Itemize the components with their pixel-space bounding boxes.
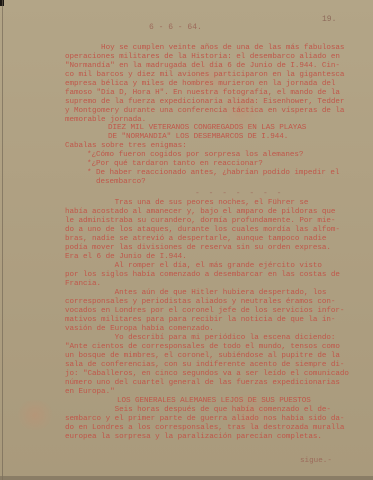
- continuation-note: sigue.-: [300, 457, 332, 465]
- page-number: 19.: [322, 15, 336, 24]
- text-line: y Montgomery durante una conferencia tác…: [65, 107, 344, 116]
- text-line: Era el 6 de Junio de I.944.: [65, 253, 187, 262]
- text-line: Hoy se cumplen veinte años de una de las…: [65, 44, 344, 53]
- text-line: le administraba su curandero, dormía pro…: [65, 217, 335, 226]
- text-line: sala de conferencias, con su indiferente…: [65, 361, 344, 370]
- text-line: Al romper el día, el más grande ejército…: [65, 262, 322, 271]
- text-line: bras, nadie se atrevió a despertarle, au…: [65, 235, 326, 244]
- text-line: había acostado al amanecer y, bajo el am…: [65, 208, 335, 217]
- text-line: Seis horas después de que había comenzad…: [65, 406, 331, 415]
- text-line: mativos militares para para recibir la n…: [65, 316, 335, 325]
- text-line: podía mover las divisiones de reserva si…: [65, 244, 331, 253]
- text-line: vasión de Europa había comenzado.: [65, 325, 214, 334]
- text-line: corresponsales y periodistas aliados y n…: [65, 298, 335, 307]
- text-line: do en Londres a los corresponsales, tras…: [65, 424, 344, 433]
- text-line: europea la sorpresa y la paralización pa…: [65, 433, 322, 442]
- text-line: DE "NORMANDIA" LOS DESEMBARCOS DE I.944.: [108, 133, 288, 142]
- paper-stain: [15, 400, 55, 430]
- text-line: *¿Por qué tardaron tanto en reaccionar?: [78, 160, 263, 169]
- section-separator: - - - - - - -: [195, 189, 283, 198]
- text-line: do a uno de los ataques, durante los cua…: [65, 226, 340, 235]
- text-line: *¿Cómo fueron cogidos por sorpresa los a…: [78, 151, 303, 160]
- text-line: DIEZ MIL VETERANOS CONGREGADOS EN LAS PL…: [108, 124, 306, 133]
- text-line: jo: "Caballeros, en cinco segundos va a …: [65, 370, 349, 379]
- typewritten-page: 19. 6 - 6 - 64. - - - - - - - Hoy se cum…: [0, 0, 373, 480]
- text-line: co mil barcos y diez mil aviones partici…: [65, 71, 344, 80]
- text-line: Antes aún de que Hitler hubiera desperta…: [65, 289, 326, 298]
- text-line: Yo describí para mi periódico la escena …: [65, 334, 335, 343]
- text-line: en Europa.": [65, 388, 115, 397]
- text-line: "Ante cientos de corresponsales de todo …: [65, 343, 340, 352]
- text-line: * De haber reaccionado antes, ¿habrían p…: [78, 169, 339, 178]
- paper-left-edge: [2, 0, 3, 480]
- text-line: un bosque de mimbres, el coronel, subién…: [65, 352, 340, 361]
- text-line: número uno del cuartel general de las fu…: [65, 379, 340, 388]
- text-line: famoso "Día D, Hora H". En nuestra fotog…: [65, 89, 340, 98]
- text-line: Tras una de sus peores noches, el Führer…: [65, 199, 308, 208]
- text-line: Cabalas sobre tres enigmas:: [65, 142, 187, 151]
- text-line: LOS GENERALES ALEMANES LEJOS DE SUS PUES…: [117, 397, 311, 406]
- text-line: Francia.: [65, 280, 101, 289]
- text-line: desembarco?: [78, 178, 146, 187]
- text-line: por los siglos había comenzado a desemba…: [65, 271, 340, 280]
- text-line: sembarco y el primer parte de guerra ali…: [65, 415, 344, 424]
- text-line: operaciones militares de la Historia: el…: [65, 53, 340, 62]
- paper-bottom-edge: [0, 476, 373, 480]
- text-line: empresa bélica y miles de hombres murier…: [65, 80, 335, 89]
- text-line: supremo de la fuerza expedicionaria alia…: [65, 98, 344, 107]
- text-line: "Normandía" en la madrugada del día 6 de…: [65, 62, 340, 71]
- text-line: vocados en Londres por el coronel jefe d…: [65, 307, 344, 316]
- document-date: 6 - 6 - 64.: [149, 23, 202, 32]
